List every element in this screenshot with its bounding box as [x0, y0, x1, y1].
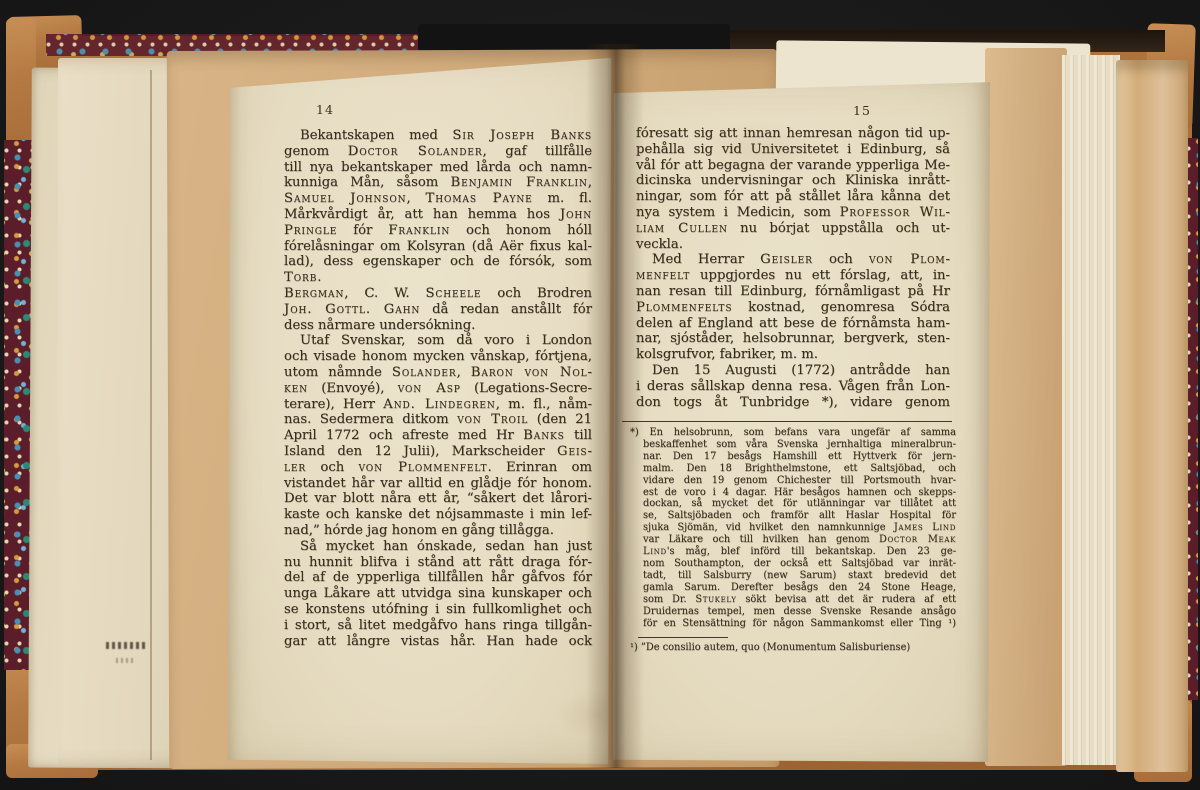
text-line: kaste och kanske det nójsammaste i min l… [284, 507, 592, 523]
text-line: *) En helsobrunn, som befans vara ungefä… [630, 427, 956, 439]
small-caps-name: Stukely [695, 594, 736, 605]
text-line: nar. Den 17 besågs Hamshill ett Hyttverk… [630, 451, 956, 463]
text-line: April 1772 och afreste med Hr Banks till [284, 428, 592, 444]
text-line: var Läkare och till hvilken han genom Do… [630, 534, 956, 546]
right-page-number: 15 [853, 103, 871, 118]
text-line: i stort, så litet medgåfvo hans ringa ti… [284, 618, 592, 634]
small-caps-name: Joh. Gottl. Gahn [284, 302, 420, 317]
text-line: Utaf Svenskar, som då voro i London [284, 333, 592, 349]
ink-stamp [106, 642, 148, 649]
text-line: beskaffenhet som våra Svenska jernhaltig… [630, 439, 956, 451]
left-page: 14 Bekantskapen med Sir Joseph Banksgeno… [224, 50, 612, 764]
small-caps-name: Lind [643, 546, 667, 557]
footnote-1-text: *) En helsobrunn, som befans vara ungefä… [630, 427, 956, 629]
text-line: som Dr. Stukely sökt bevisa att det är r… [630, 594, 956, 606]
paper-stain [700, 120, 820, 180]
text-line: Mårkvårdigt år, att han hemma hos John [284, 207, 592, 223]
text-line: Med Herrar Geisler och von Plom- [636, 252, 950, 268]
right-page-stack-wrap [1116, 60, 1188, 772]
small-caps-name: Baron von Nol [471, 365, 588, 380]
text-line: vistandet hår var alltid en glådje fór h… [284, 476, 592, 492]
text-line: Plommenfelts kostnad, genomresa Sódra [636, 300, 950, 316]
text-line: Bergman, C. W. Scheele och Brodren [284, 286, 592, 302]
right-page-stack-edges [1062, 55, 1120, 765]
small-caps-name: Plommenfelts [636, 300, 732, 315]
right-page: 15 fóresatt sig att innan hemresan någon… [612, 78, 992, 766]
small-caps-name: von Asp [398, 381, 461, 396]
small-caps-name: von Plommenfelt [359, 460, 488, 475]
text-line: Lind's måg, blef införd till bekantskap.… [630, 546, 956, 558]
right-page-stack-tan [985, 48, 1067, 766]
text-line: Bekantskapen med Sir Joseph Banks [284, 128, 592, 144]
text-line: kunniga Mån, såsom Benjamin Franklin, [284, 175, 592, 191]
small-caps-name: Professor Wil [840, 205, 946, 220]
text-line: menfelt uppgjordes nu ett fórslag, att, … [636, 268, 950, 284]
text-line: nar, sjóståder, helsobrunnar, bergverk, … [636, 331, 950, 347]
text-line: Samuel Johnson, Thomas Payne m. fl. [284, 191, 592, 207]
text-line: Pringle fór Franklin och honom hóll [284, 223, 592, 239]
text-line: ningar, som fór att på stållet låra kånn… [636, 189, 950, 205]
photo-background: 14 Bekantskapen med Sir Joseph Banksgeno… [0, 0, 1200, 790]
text-line: Island den 12 Julii), Markscheider Geis- [284, 444, 592, 460]
left-page-text: Bekantskapen med Sir Joseph Banksgenom D… [284, 128, 592, 649]
text-line: ken (Envoyé), von Asp (Legations-Secre- [284, 381, 592, 397]
pencil-mark [116, 658, 136, 663]
small-caps-name: And. Lindegren [383, 397, 495, 412]
text-line: och visade honom mycken vånskap, fórtjen… [284, 349, 592, 365]
small-caps-name: Thomas Payne [425, 191, 532, 206]
text-line: unga Låkare att utvidga sina kunskaper o… [284, 586, 592, 602]
small-caps-name: Samuel Johnson [284, 191, 406, 206]
text-line: vidare den 19 genom Chichester till Port… [630, 475, 956, 487]
text-line: Den 15 Augusti (1772) antrådde han [636, 363, 950, 379]
small-caps-name: ler [284, 460, 306, 475]
text-line: se konstens utófning i sin fullkomlighet… [284, 602, 592, 618]
footnote-separator-rule [622, 421, 952, 422]
text-line: dockan, så mycket det för utlänningar va… [630, 498, 956, 510]
small-caps-name: Franklin [388, 223, 450, 238]
small-caps-name: Doctor Solander [348, 144, 483, 159]
small-caps-name: Banks [523, 428, 565, 443]
text-line: tadt, till Salsburry (new Sarum) staxt b… [630, 570, 956, 582]
text-line: gamla Sarum. Derefter besågs den 24 Ston… [630, 582, 956, 594]
small-caps-name: Geis [557, 444, 588, 459]
small-caps-name: von Plom [869, 252, 946, 267]
text-line: gar att långre vistas hår. Han hade ock [284, 634, 592, 650]
spine-gap [418, 24, 730, 52]
small-caps-name: menfelt [636, 268, 690, 283]
text-line: dess nårmare undersókning. [284, 318, 592, 334]
text-line: est de voro i 4 dagar. Här besågos hamne… [630, 487, 956, 499]
text-line: för en Stensättning för någon Sammankoms… [630, 618, 956, 630]
text-line: genom Doctor Solander, gaf tillfålle [284, 144, 592, 160]
footnote-2-separator-rule [638, 637, 728, 638]
small-caps-name: liam Cullen [636, 221, 728, 236]
page-edge-seam [150, 70, 152, 760]
small-caps-name: ken [284, 381, 308, 396]
small-caps-name: Sir Joseph Banks [452, 128, 592, 143]
text-line: Druidernas tempel, men desse Svenske Res… [630, 606, 956, 618]
text-line: i deras sållskap denna resa. Vågen från … [636, 379, 950, 395]
text-line: veckla. [636, 237, 950, 253]
text-line: dicinska undervisningar och Kliniska inr… [636, 173, 950, 189]
small-caps-name: Solander [392, 365, 457, 380]
text-line: Så mycket han ónskade, sedan han just [284, 539, 592, 555]
small-caps-name: Pringle [284, 223, 337, 238]
text-line: se, Saltsjöbaden och framför allt Haslar… [630, 510, 956, 522]
text-line: fórelåsningar om Kolsyran (då Aër fixus … [284, 239, 592, 255]
small-caps-name: Geisler [760, 252, 813, 267]
text-line: nas. Sedermera ditkom von Troil (den 21 [284, 412, 592, 428]
small-caps-name: Scheele [425, 286, 481, 301]
text-line: nan resan till Edinburg, fórnåmligast på… [636, 284, 950, 300]
small-caps-name: Bergman [284, 286, 344, 301]
text-line: nu hunnit blifva i stånd att rått draga … [284, 555, 592, 571]
text-line: utom nåmnde Solander, Baron von Nol- [284, 365, 592, 381]
text-line: Det var blott nåra ett år, “såkert det l… [284, 491, 592, 507]
text-line: ¹) ”De consilio autem, quo (Monumentum S… [630, 642, 956, 654]
text-line: ler och von Plommenfelt. Erinran om [284, 460, 592, 476]
text-line: don togs åt Tunbridge *), vidare genom [636, 395, 950, 411]
text-line: liam Cullen nu bórjat uppstålla och ut- [636, 221, 950, 237]
text-line: delen af England att bese de fórnåmsta h… [636, 316, 950, 332]
text-line: nya system i Medicin, som Professor Wil- [636, 205, 950, 221]
text-line: sjuka Sjömän, vid hvilket den namnkunnig… [630, 522, 956, 534]
text-line: kolsgrufvor, fabriker, m. m. [636, 347, 950, 363]
small-caps-name: von Troil [457, 412, 528, 427]
text-line: del af de ypperliga tillfållen hår gåfvo… [284, 570, 592, 586]
left-page-number: 14 [316, 102, 334, 117]
footnote-2-text: ¹) ”De consilio autem, quo (Monumentum S… [630, 642, 956, 654]
text-line: till nya bekantskaper med lårda och namn… [284, 160, 592, 176]
small-caps-name: Torb. [284, 270, 322, 285]
small-caps-name: John [560, 207, 592, 222]
text-line: lad), dess egenskaper och de fórsók, som… [284, 254, 592, 286]
text-line: nad,” hórde jag honom en gång tillågga. [284, 523, 592, 539]
small-caps-name: James Lind [894, 522, 956, 533]
text-line: Joh. Gottl. Gahn då redan anstållt fór [284, 302, 592, 318]
small-caps-name: Doctor Meak [879, 534, 956, 545]
text-line: nom Southampton, der också ett Saltsjöba… [630, 558, 956, 570]
small-caps-name: Benjamin Franklin [451, 175, 588, 190]
text-line: terare), Herr And. Lindegren, m. fl., nå… [284, 397, 592, 413]
text-line: malm. Den 18 Brighthelmstone, ett Saltsj… [630, 463, 956, 475]
